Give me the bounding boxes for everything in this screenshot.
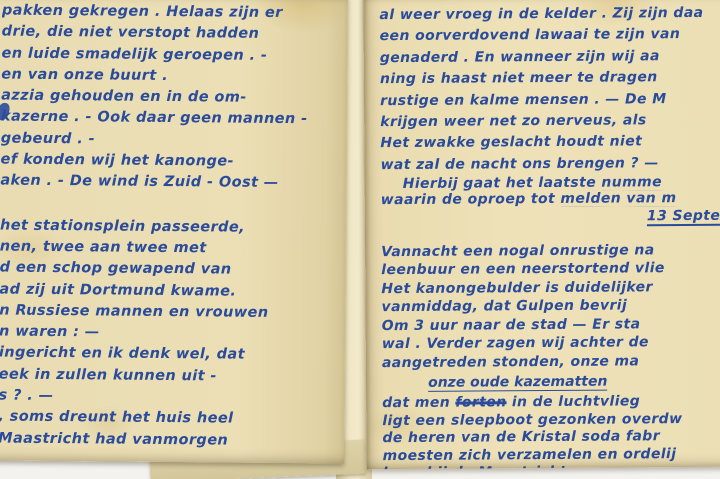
handwritten-line: n Russiese mannen en vrouwen: [0, 300, 345, 324]
handwritten-line: kazerne . - Ook daar geen mannen -: [1, 107, 347, 131]
handwritten-line: en van onze buurt .: [1, 64, 347, 88]
line-text: in de luchtvlieg: [506, 393, 640, 410]
left-page: pakken gekregen . Helaas zijn er drie, d…: [0, 0, 348, 464]
handwritten-line: aken . - De wind is Zuid - Oost —: [0, 171, 346, 195]
handwritten-line: wal . Verder zagen wij achter de: [382, 333, 720, 354]
handwritten-line: al weer vroeg in de kelder . Zij zijn da…: [379, 3, 720, 27]
underlined-date: 13 Septemb: [647, 207, 720, 226]
handwritten-line: drie, die niet verstopt hadden: [2, 22, 348, 46]
handwritten-line: azzia gehouden en in de om-: [1, 86, 347, 110]
handwritten-line: en luide smadelijk geroepen . -: [1, 43, 347, 67]
handwritten-line: krijgen weer net zo nerveus, als: [380, 110, 720, 134]
handwritten-line: ad zij uit Dortmund kwame.: [0, 279, 346, 303]
handwritten-line: pakken gekregen . Helaas zijn er: [2, 1, 348, 25]
handwritten-line: Om 3 uur naar de stad — Er sta: [382, 315, 720, 336]
handwritten-line: genaderd . En wanneer zijn wij aa: [380, 46, 720, 70]
diary-scan: pakken gekregen . Helaas zijn er drie, d…: [0, 0, 720, 479]
handwritten-line: eek in zullen kunnen uit -: [0, 364, 345, 388]
handwritten-line: ingericht en ik denk wel, dat: [0, 343, 345, 367]
line-text: waarin de oproep tot: [381, 191, 561, 208]
handwritten-line: s ? . —: [0, 386, 345, 410]
handwritten-line: vanmiddag, dat Gulpen bevrij: [381, 296, 720, 317]
handwritten-line: Vannacht een nogal onrustige na: [381, 240, 720, 261]
struck-word: forten: [455, 394, 506, 410]
left-page-text: pakken gekregen . Helaas zijn er drie, d…: [0, 1, 348, 453]
right-page: al weer vroeg in de kelder . Zij zijn da…: [362, 0, 720, 469]
handwritten-line: leenbuur en een neerstortend vlie: [381, 259, 720, 280]
handwritten-line: ligt een sleepboot gezonken overdw: [382, 410, 720, 430]
handwritten-line: n waren : —: [0, 322, 345, 346]
handwritten-line: Maastricht had vanmorgen: [0, 428, 344, 452]
handwritten-line: gebeurd . -: [1, 128, 347, 152]
handwritten-line: een oorverdovend lawaai te zijn van: [380, 24, 720, 48]
handwritten-line: Het kanongebulder is duidelijker: [381, 277, 720, 298]
inline-annotation: onze oude kazematten: [382, 370, 720, 394]
line-text: dat men: [382, 395, 455, 412]
handwritten-line: nen, twee aan twee met: [0, 237, 346, 261]
line-text: Hierbij gaat het laatste: [403, 175, 602, 192]
handwritten-line: rustige en kalme mensen . — De M: [380, 88, 720, 112]
handwritten-line: dat men forten in de luchtvlieg: [382, 392, 720, 413]
handwritten-line: het stationsplein passeerde,: [0, 215, 346, 239]
handwritten-line: aangetreden stonden, onze ma: [382, 352, 720, 373]
handwritten-line: wat zal de nacht ons brengen ? —: [380, 152, 720, 176]
handwritten-line: ning is haast niet meer te dragen: [380, 67, 720, 91]
date-heading: 13 Septemb: [381, 206, 720, 230]
paragraph-gap: [0, 192, 346, 218]
handwritten-line: ef konden wij het kanonge-: [0, 150, 346, 174]
right-page-text: al weer vroeg in de kelder . Zij zijn da…: [379, 3, 720, 470]
handwritten-line: Het zwakke geslacht houdt niet: [380, 131, 720, 155]
annotation-text: onze oude kazematten: [428, 373, 607, 391]
handwritten-line: , soms dreunt het huis heel: [0, 407, 344, 431]
handwritten-line: d een schop gewapend van: [0, 258, 346, 282]
